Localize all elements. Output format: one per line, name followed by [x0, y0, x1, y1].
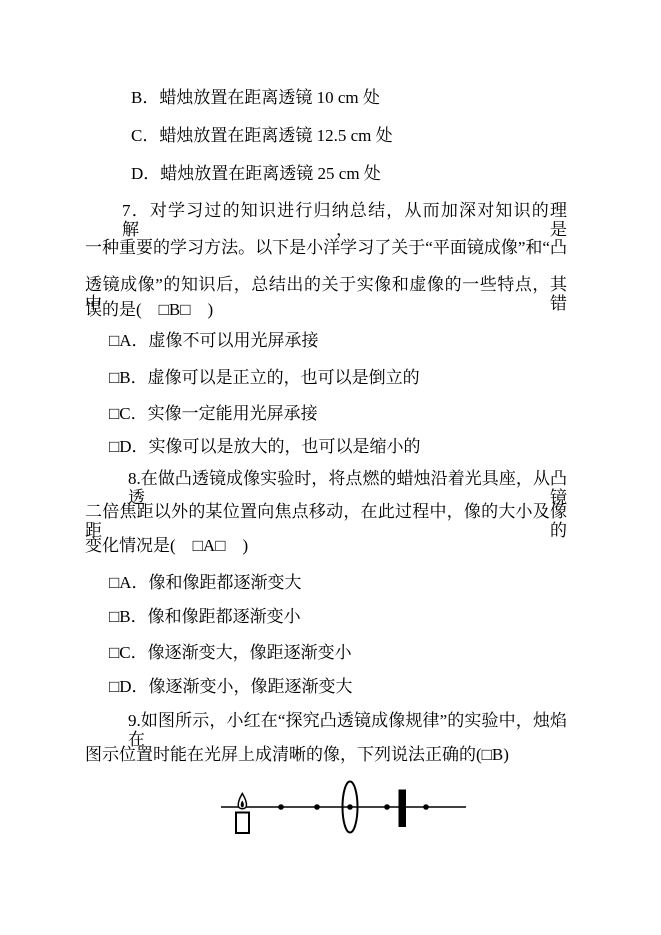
position-dot: [314, 804, 320, 810]
optical-bench-diagram: [218, 777, 470, 839]
q7-option-a: □A．虚像不可以用光屏承接: [109, 331, 319, 350]
q7-stem-line-4: 误的是( □B□ ): [85, 300, 213, 319]
document-page: B．蜡烛放置在距离透镜 10 cm 处 C．蜡烛放置在距离透镜 12.5 cm …: [0, 0, 661, 935]
q6-option-c: C．蜡烛放置在距离透镜 12.5 cm 处: [131, 126, 393, 145]
light-screen: [399, 790, 407, 828]
q9-stem-line-1: 9.如图所示，小红在“探究凸透镜成像规律”的实验中，烛焰在: [128, 711, 567, 749]
q6-option-b: B．蜡烛放置在距离透镜 10 cm 处: [131, 88, 380, 107]
q7-option-c: □C．实像一定能用光屏承接: [109, 404, 318, 423]
position-dot: [384, 804, 390, 810]
q8-option-a: □A．像和像距都逐渐变大: [109, 573, 302, 592]
q7-stem-line-1: 7．对学习过的知识进行归纳总结，从而加深对知识的理解，是: [122, 201, 567, 239]
q8-stem-line-2: 二倍焦距以外的某位置向焦点移动，在此过程中，像的大小及像距的: [85, 502, 567, 540]
candle-body: [236, 813, 249, 834]
position-dot: [423, 804, 429, 810]
q8-stem-line-3: 变化情况是( □A□ ): [85, 536, 248, 555]
position-dot: [278, 804, 284, 810]
q9-stem-line-2: 图示位置时能在光屏上成清晰的像，下列说法正确的(□B): [85, 745, 509, 764]
q6-option-d: D．蜡烛放置在距离透镜 25 cm 处: [131, 164, 381, 183]
position-dot: [347, 804, 353, 810]
q8-option-d: □D．像逐渐变小，像距逐渐变大: [109, 677, 353, 696]
q7-option-b: □B．虚像可以是正立的，也可以是倒立的: [109, 368, 420, 387]
q8-option-b: □B．像和像距都逐渐变小: [109, 607, 301, 626]
q7-option-d: □D．实像可以是放大的，也可以是缩小的: [109, 437, 421, 456]
q7-stem-line-2: 一种重要的学习方法。以下是小洋学习了关于“平面镜成像”和“凸: [85, 238, 567, 257]
q8-option-c: □C．像逐渐变大，像距逐渐变小: [109, 643, 352, 662]
